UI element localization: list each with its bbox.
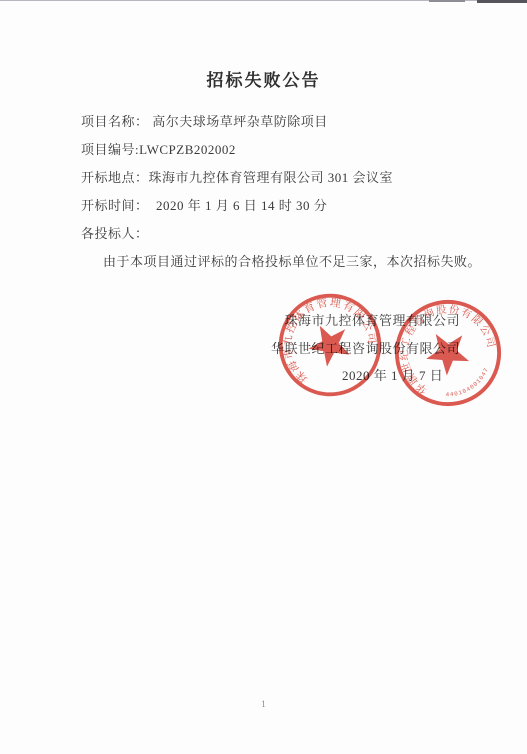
body-paragraph: 由于本项目通过评标的合格投标单位不足三家，本次招标失败。	[103, 251, 481, 270]
page-number: 1	[0, 699, 527, 709]
field-addressee-bidders: 各投标人：	[81, 223, 149, 242]
seal-star-icon	[418, 322, 476, 380]
seal-star-icon	[301, 316, 356, 370]
company-seal-right-icon: 华联世纪工程咨询股份有限公司 440104001047	[369, 274, 527, 432]
field-bid-opening-time: 开标时间： 2020 年 1 月 6 日 14 时 30 分	[81, 195, 327, 214]
field-bid-opening-location: 开标地点：珠海市九控体育管理有限公司 301 会议室	[81, 167, 393, 186]
document-page: 招标失败公告 项目名称： 高尔夫球场草坪杂草防除项目 项目编号:LWCPZB20…	[0, 0, 527, 754]
page-title: 招标失败公告	[0, 66, 527, 91]
scan-artifact-mark-mid	[429, 0, 465, 2]
scan-artifact-mark-right	[477, 0, 527, 3]
field-project-number: 项目编号:LWCPZB202002	[81, 139, 236, 158]
field-project-name: 项目名称： 高尔夫球场草坪杂草防除项目	[81, 111, 328, 130]
